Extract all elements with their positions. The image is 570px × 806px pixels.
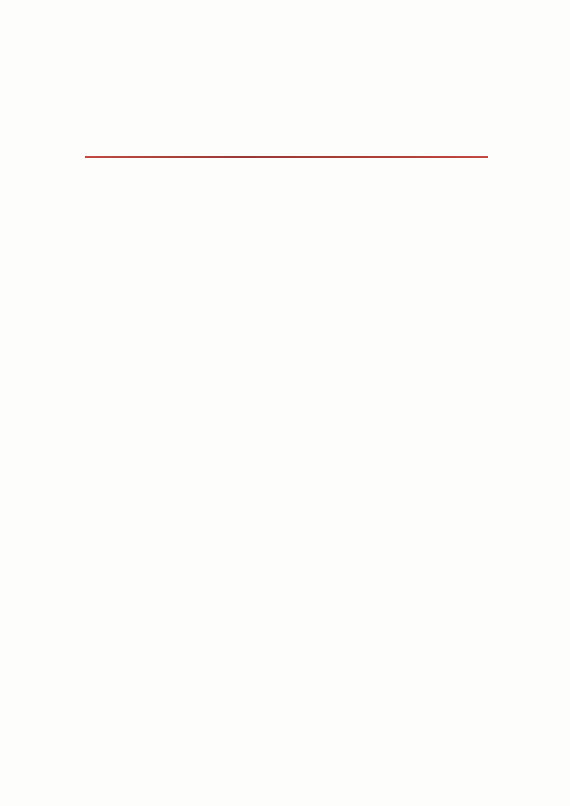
document-page [0,0,570,806]
letterhead-rule [85,156,488,158]
document-body [0,0,570,806]
